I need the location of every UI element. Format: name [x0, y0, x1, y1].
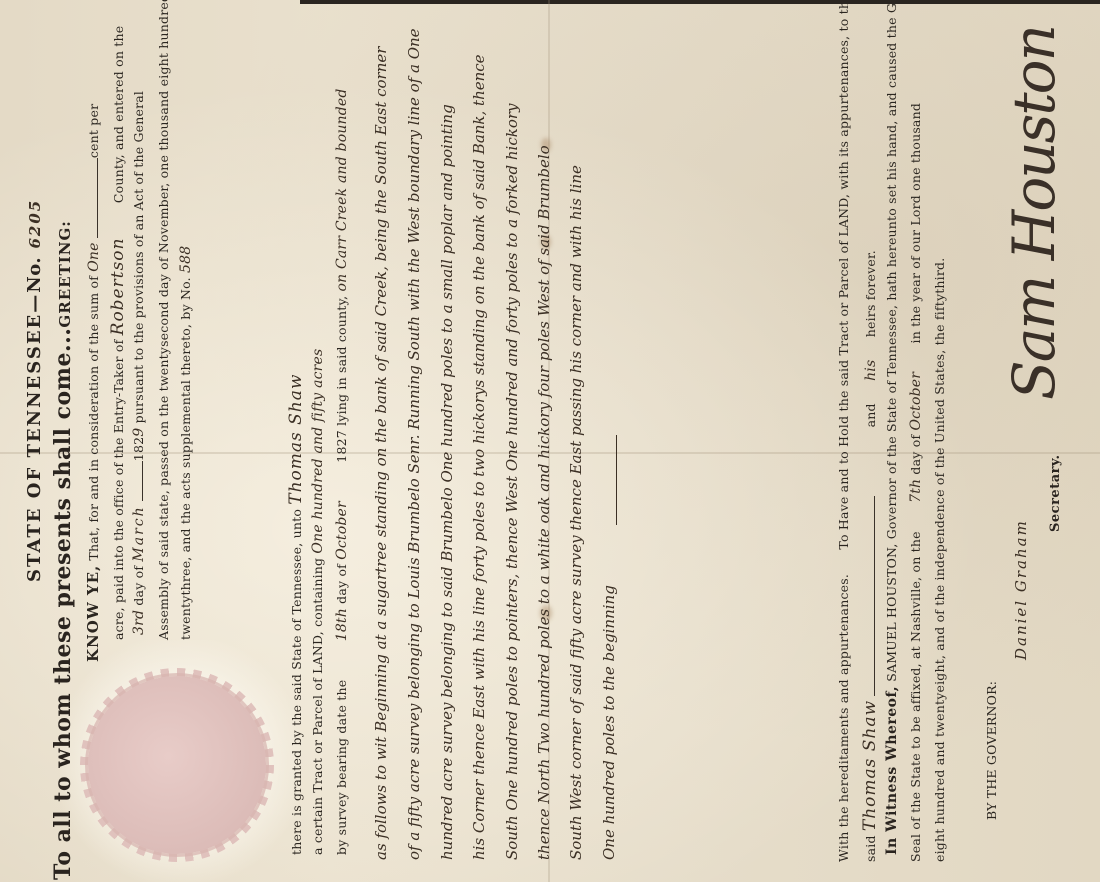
in-witness-whereof: In Witness Whereof, — [884, 686, 900, 855]
greeting-word: GREETING: — [56, 220, 74, 327]
acreage-handwritten: One hundred and fifty acres — [310, 349, 326, 554]
p2-text: by survey bearing date the — [334, 680, 349, 855]
p1-text: day of — [131, 566, 146, 606]
p2-line2: a certain Tract or Parcel of LAND, conta… — [310, 349, 326, 855]
sum-handwritten: One — [86, 242, 102, 271]
p3-line4: Seal of the State to be affixed, at Nash… — [908, 103, 924, 862]
p1-line3: 3rd day of March 1829 pursuant to the pr… — [131, 91, 147, 635]
header-title-line: STATE OF TENNESSEE—No. 6205 — [24, 199, 45, 582]
grant-number: 6205 — [26, 199, 44, 249]
description-line: One hundred poles to the beginning — [600, 585, 618, 860]
p3-line3: In Witness Whereof, SAMUEL HOUSTON, Gove… — [884, 0, 900, 855]
p3-text: Seal of the State to be affixed, at Nash… — [908, 531, 923, 862]
entry-year-handwritten: 9 — [131, 428, 147, 437]
description-line: his Corner thence East with his line for… — [470, 54, 488, 860]
description-line: South West corner of said fifty acre sur… — [567, 165, 585, 860]
p1-text: cent per — [86, 104, 101, 158]
p1-text: Assembly of said state, passed on the tw… — [156, 0, 171, 640]
p1-line2: acre, paid into the office of the Entry-… — [108, 26, 128, 640]
grantee-handwritten: Thomas Shaw — [286, 374, 306, 505]
entry-month-handwritten: March — [131, 505, 147, 561]
p3-text: To Have and to Hold the said Tract or Pa… — [836, 0, 851, 550]
signing-day-handwritten: 7th — [908, 479, 924, 503]
p1-text: That, for and in consideration of the su… — [86, 276, 101, 561]
survey-month-handwritten: October — [334, 501, 350, 560]
greeting-text: To all to whom these presents shall come… — [50, 328, 76, 880]
scan-border — [300, 0, 1100, 4]
p3-line1: With the hereditaments and appurtenances… — [836, 0, 851, 862]
state-seal — [88, 676, 266, 854]
description-end-rule — [616, 435, 617, 525]
p2-text: 1827 — [334, 430, 349, 463]
p3-text: SAMUEL HOUSTON, Governor of the State of… — [884, 0, 899, 682]
governor-signature: Sam Houston — [1000, 26, 1068, 400]
p1-text: pursuant to the provisions of an Act of … — [131, 91, 146, 424]
signing-month-handwritten: October — [908, 372, 924, 431]
p3-text: eight hundred and twentyeight, and of th… — [932, 258, 947, 862]
by-the-governor: BY THE GOVERNOR: — [984, 681, 999, 820]
p3-text: heirs forever. — [863, 250, 878, 337]
secretary-label: Secretary. — [1048, 454, 1063, 532]
p2-text: day of — [334, 564, 349, 604]
p1-text: County, and entered on the — [111, 26, 126, 203]
county-handwritten: Robertson — [108, 238, 128, 336]
location-handwritten: on Carr Creek and bounded — [334, 88, 350, 291]
p2-text: a certain Tract or Parcel of LAND, conta… — [310, 558, 325, 855]
p3-text: and — [863, 403, 878, 427]
heir-name-handwritten: Thomas Shaw — [860, 700, 880, 831]
p3-text: With the hereditaments and appurtenances… — [836, 574, 851, 862]
number-label: No. — [24, 257, 45, 293]
document-page: STATE OF TENNESSEE—No. 6205 To all to wh… — [0, 0, 1100, 882]
entry-number-handwritten: 588 — [178, 246, 194, 273]
description-line: thence North Two hundred poles to a whit… — [535, 145, 553, 860]
p1-text: acre, paid into the office of the Entry-… — [111, 340, 126, 640]
entry-day-handwritten: 3rd — [131, 610, 147, 635]
survey-day-handwritten: 18th — [334, 608, 350, 641]
p3-text: in the year of our Lord one thousand — [908, 103, 923, 343]
p2-text: there is granted by the said State of Te… — [289, 509, 304, 855]
his-handwritten: his — [863, 360, 879, 381]
description-line: as follows to wit Beginning at a sugartr… — [372, 47, 390, 860]
p1-text: 182 — [131, 437, 146, 461]
state-title: STATE OF TENNESSEE — [24, 313, 45, 582]
description-line: South One hundred poles to pointers, the… — [503, 104, 521, 861]
p1-line4: Assembly of said state, passed on the tw… — [156, 0, 171, 640]
p3-text: said — [863, 835, 878, 862]
p3-text: day of — [908, 435, 923, 475]
p2-line3: by survey bearing date the 18th day of O… — [334, 88, 350, 855]
p1-line5: twentythree, and the acts supplemental t… — [178, 246, 194, 640]
description-line: of a fifty acre survey belonging to Loui… — [405, 28, 423, 860]
greeting-line: To all to whom these presents shall come… — [50, 220, 76, 880]
description-line: hundred acre survey belonging to said Br… — [438, 104, 456, 860]
p2-text: lying in said county, — [334, 296, 349, 426]
know-ye: KNOW YE, — [84, 565, 102, 662]
p1-text: twentythree, and the acts supplemental t… — [178, 277, 193, 640]
secretary-signature: Daniel Graham — [1012, 519, 1030, 660]
p3-line5: eight hundred and twentyeight, and of th… — [932, 258, 947, 862]
p1-line1: KNOW YE, That, for and in consideration … — [84, 104, 102, 662]
p2-line1: there is granted by the said State of Te… — [286, 374, 306, 855]
p3-line2: said Thomas Shaw and his heirs forever. — [860, 250, 880, 862]
